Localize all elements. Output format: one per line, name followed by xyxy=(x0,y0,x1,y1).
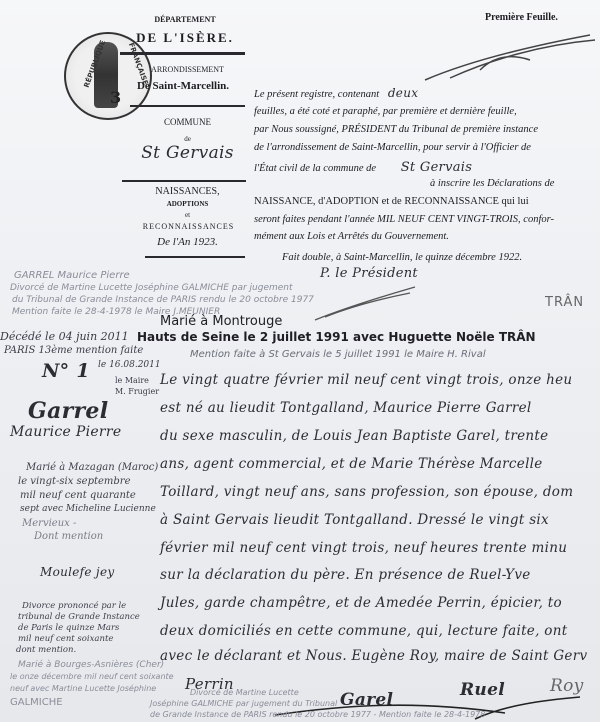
record-body-line: Jules, garde champêtre, et de Amedée Per… xyxy=(160,595,562,611)
preamble-commune-handwritten: St Gervais xyxy=(401,160,472,175)
arrondissement-name: De Saint-Marcellin. xyxy=(118,80,248,92)
preamble-line-6: à inscrire les Déclarations de xyxy=(430,178,554,189)
margin-note-line: mil neuf cent soixante xyxy=(18,634,113,644)
record-given-names: Maurice Pierre xyxy=(10,424,122,440)
signature-roy: Roy xyxy=(550,676,584,696)
bottom-pencil-line: de Grande Instance de PARIS rendu le 20 … xyxy=(150,710,485,719)
preamble-line-4: de l'arrondissement de Saint-Marcellin, … xyxy=(254,142,531,153)
preamble-count-handwritten: deux xyxy=(388,86,418,100)
margin-note-line: Mervieux - xyxy=(22,518,76,529)
bottom-pencil-line: Divorcé de Martine Lucette xyxy=(190,688,299,697)
margin-note-line: le vingt-six septembre xyxy=(18,476,131,487)
register-type-naissances: NAISSANCES, xyxy=(130,186,245,197)
margin-note-line: mil neuf cent quarante xyxy=(20,490,136,501)
margin-note-line: tribunal de Grande Instance xyxy=(18,612,140,622)
record-body-line: deux domiciliés en cette commune, qui, l… xyxy=(160,623,567,639)
commune-name-handwritten: St Gervais xyxy=(130,143,245,163)
paraph-flourish-icon xyxy=(420,30,600,85)
president-signature: P. le Président xyxy=(320,266,418,281)
record-body-line: à Saint Gervais lieudit Tontgalland. Dre… xyxy=(160,512,549,528)
death-mention-4: le Maire xyxy=(115,376,149,385)
preamble-line-3: par Nous soussigné, PRÉSIDENT du Tribuna… xyxy=(254,124,538,135)
margin-note-line: le onze décembre mil neuf cent soixante xyxy=(10,672,174,681)
pencil-note-line: GARREL Maurice Pierre xyxy=(14,270,130,281)
flourish-icon xyxy=(310,285,420,325)
record-number: N° 1 xyxy=(42,360,90,382)
record-body-line: est né au lieudit Tontgalland, Maurice P… xyxy=(160,400,532,416)
marriage-mention-3: Mention faite à St Gervais le 5 juillet … xyxy=(190,349,486,360)
departement-name: DE L'ISÈRE. xyxy=(130,30,240,46)
margin-note-line: de Paris le quinze Mars xyxy=(18,623,119,633)
death-mention-2: PARIS 13ème mention faite xyxy=(4,345,143,356)
record-body-line: ans, agent commercial, et de Marie Thérè… xyxy=(160,456,543,472)
preamble-line-8: seront faites pendant l'année MIL NEUF C… xyxy=(254,214,554,225)
marriage-mention-2: Hauts de Seine le 2 juillet 1991 avec Hu… xyxy=(137,330,536,344)
death-mention-3: le 16.08.2011 xyxy=(98,360,161,370)
arrondissement-label: ARRONDISSEMENT xyxy=(130,65,245,74)
registry-page: RÉPUBLIQUE FRANÇAISE 3 DÉPARTEMENT DE L'… xyxy=(0,0,600,722)
header-rule xyxy=(130,105,245,107)
sheet-label: Première Feuille. xyxy=(485,12,558,23)
preamble-line-2: feuilles, a été coté et paraphé, par pre… xyxy=(254,106,517,117)
record-body-line: sur la déclaration du père. En présence … xyxy=(160,567,531,583)
preamble-line-1: Le présent registre, contenant deux xyxy=(254,86,418,100)
margin-note-line: Dont mention xyxy=(34,531,103,542)
pencil-note-line: du Tribunal de Grande Instance de PARIS … xyxy=(12,295,314,305)
record-body-line: avec le déclarant et Nous. Eugène Roy, m… xyxy=(160,648,587,664)
margin-note-line: neuf avec Martine Lucette Joséphine xyxy=(10,684,156,693)
record-body-line: Le vingt quatre février mil neuf cent vi… xyxy=(160,372,572,388)
death-mention-5: M. Frugier xyxy=(115,387,159,396)
margin-note-line: sept avec Micheline Lucienne xyxy=(20,504,156,514)
margin-note-line: Marié à Bourges-Asnières (Cher) xyxy=(18,660,164,670)
commune-de: de xyxy=(130,135,245,143)
commune-label: COMMUNE xyxy=(130,117,245,127)
preamble-line-10: Fait double, à Saint-Marcellin, le quinz… xyxy=(282,252,522,263)
record-body-line: du sexe masculin, de Louis Jean Baptiste… xyxy=(160,428,548,444)
record-body-line: Toillard, vingt neuf ans, sans professio… xyxy=(160,484,573,500)
register-type-reconnaissances: RECONNAISSANCES xyxy=(126,222,251,231)
year-label: De l'An 1923. xyxy=(130,236,245,248)
pencil-note-line: Divorcé de Martine Lucette Joséphine GAL… xyxy=(10,283,293,293)
header-rule xyxy=(122,180,246,182)
death-mention-1: Décédé le 04 juin 2011 xyxy=(0,330,129,343)
ornament-rule xyxy=(145,256,245,258)
departement-label: DÉPARTEMENT xyxy=(130,15,240,24)
margin-note-line: Divorce prononcé par le xyxy=(22,601,126,611)
preamble-line-7: NAISSANCE, d'ADOPTION et de RECONNAISSAN… xyxy=(254,196,529,207)
tran-repeat-note: TRÂN xyxy=(545,295,584,310)
preamble-line-9: mément aux Lois et Arrêtés du Gouverneme… xyxy=(254,231,449,242)
preamble-line-5: l'État civil de la commune de St Gervais xyxy=(254,160,472,175)
record-surname: Garrel xyxy=(28,398,108,424)
bottom-pencil-line: Joséphine GALMICHE par jugement du Tribu… xyxy=(150,699,337,708)
margin-note-line: GALMICHE xyxy=(10,697,63,708)
record-body-line: février mil neuf cent vingt trois, neuf … xyxy=(160,540,567,556)
margin-note-line: dont mention. xyxy=(16,645,76,655)
register-type-adoptions: ADOPTIONS xyxy=(130,200,245,208)
header-rule xyxy=(120,52,245,55)
register-type-et: et xyxy=(130,211,245,219)
marriage-mention-1: Marié à Montrouge xyxy=(160,314,282,329)
margin-signature: Moulefe jey xyxy=(40,565,114,579)
margin-note-line: Marié à Mazagan (Maroc) xyxy=(26,462,158,473)
